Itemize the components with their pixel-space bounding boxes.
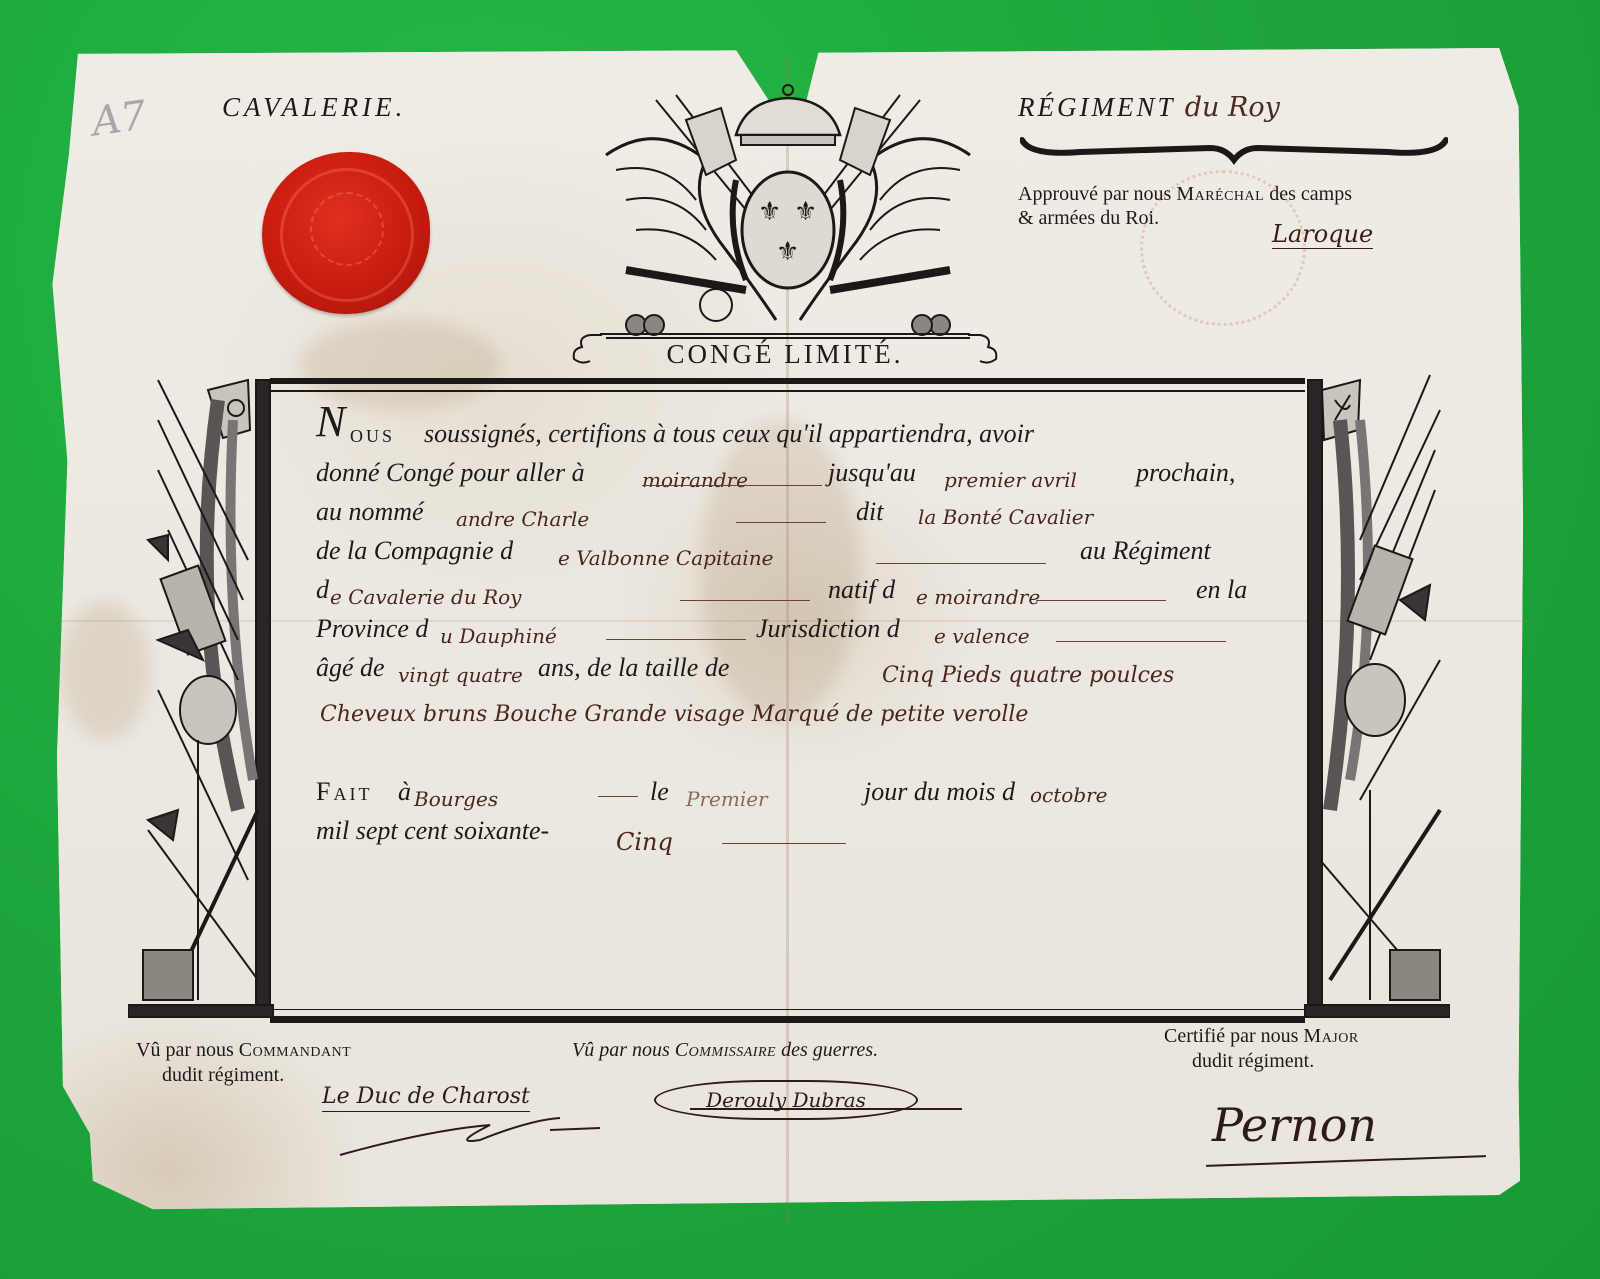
body-line6-print2: Jurisdiction d — [756, 609, 900, 648]
body-line-10: mil sept cent soixante- Cinq — [316, 811, 1266, 850]
regiment-heading-handwritten: du Roy — [1185, 92, 1280, 123]
approval-prefix: Approuvé par nous — [1018, 183, 1171, 205]
body-line-4: de la Compagnie d e Valbonne Capitaine a… — [316, 531, 1266, 570]
signature-commandant: Le Duc de Charost — [322, 1084, 530, 1112]
footer-major: Certifié par nous Major dudit régiment. — [1164, 1024, 1359, 1074]
commandant-title: Commandant — [239, 1039, 351, 1061]
scroll-ornament-right — [966, 333, 1002, 367]
body-line10-print: mil sept cent soixante- — [316, 811, 549, 850]
major-prefix: Certifié par nous — [1164, 1025, 1298, 1047]
military-trophy-right-icon — [1300, 360, 1450, 1020]
wax-seal-icon — [262, 152, 430, 314]
handwritten-month: octobre — [1030, 776, 1108, 815]
signature-major: Pernon — [1212, 1098, 1377, 1152]
body-line1-text: soussignés, certifions à tous ceux qu'il… — [424, 414, 1034, 453]
major-title: Major — [1303, 1025, 1358, 1047]
body-line-3: au nommé andre Charle dit la Bonté Caval… — [316, 492, 1266, 531]
pencil-archival-note: A7 — [89, 92, 149, 145]
body-spacer — [316, 726, 1266, 772]
body-line9-le: le — [650, 772, 669, 811]
body-line3-print2: dit — [856, 492, 883, 531]
body-line7-print2: ans, de la taille de — [538, 648, 729, 687]
body-line-6: Province d u Dauphiné Jurisdiction d e v… — [316, 609, 1266, 648]
fait-label: Fait — [316, 772, 372, 811]
commissaire-suffix: des guerres. — [781, 1039, 878, 1061]
regiment-heading-print: RÉGIMENT — [1018, 92, 1175, 122]
drop-initial: N — [316, 397, 345, 446]
curly-brace-ornament — [1020, 136, 1448, 166]
svg-text:⚜: ⚜ — [776, 237, 799, 267]
body-line-1: N ous soussignés, certifions à tous ceux… — [316, 414, 1266, 453]
major-suffix: dudit régiment. — [1164, 1049, 1359, 1074]
body-line1-smallcaps: ous — [350, 414, 395, 453]
title-banner: CONGÉ LIMITÉ. — [600, 333, 970, 373]
body-line2-print3: prochain, — [1136, 453, 1235, 492]
body-line2-print2: jusqu'au — [828, 453, 916, 492]
footer-commissaire: Vû par nous Commissaire des guerres. — [572, 1038, 878, 1063]
body-line5-print3: en la — [1196, 570, 1247, 609]
body-line4-print: de la Compagnie d — [316, 531, 513, 570]
svg-text:⚜: ⚜ — [758, 197, 781, 227]
cavalerie-heading: CAVALERIE. — [222, 92, 406, 123]
royal-crest-icon: ⚜⚜⚜ — [596, 80, 980, 340]
military-trophy-left-icon — [128, 360, 278, 1020]
scroll-ornament-left — [568, 333, 604, 367]
body-line7-print: âgé de — [316, 648, 385, 687]
commandant-prefix: Vû par nous — [136, 1039, 234, 1061]
regiment-heading: RÉGIMENT du Roy — [1018, 92, 1280, 123]
body-line9-a: à — [398, 772, 411, 811]
approval-title: Maréchal — [1176, 183, 1264, 205]
body-line9-print3: jour du mois d — [864, 772, 1015, 811]
signature-commissaire: Derouly Dubras — [654, 1080, 918, 1120]
body-line-5: d e Cavalerie du Roy natif d e moirandre… — [316, 570, 1266, 609]
commissaire-prefix: Vû par nous — [572, 1039, 670, 1061]
body-line2-print: donné Congé pour aller à — [316, 453, 585, 492]
commissaire-title: Commissaire — [675, 1039, 776, 1061]
handwritten-year: Cinq — [616, 823, 673, 862]
body-line6-print: Province d — [316, 609, 428, 648]
body-line4-print2: au Régiment — [1080, 531, 1211, 570]
body-line-9: Fait à Bourges le Premier jour du mois d… — [316, 772, 1266, 811]
approval-suffix: des camps — [1269, 183, 1352, 205]
title-conge-limite: CONGÉ LIMITÉ. — [667, 339, 904, 369]
svg-text:⚜: ⚜ — [794, 197, 817, 227]
signature-underline — [690, 1108, 962, 1110]
certificate-body: N ous soussignés, certifions à tous ceux… — [316, 414, 1266, 850]
body-line-7: âgé de vingt quatre ans, de la taille de… — [316, 648, 1266, 687]
body-line3-print: au nommé — [316, 492, 424, 531]
body-line5-print2: natif d — [828, 570, 895, 609]
body-line-2: donné Congé pour aller à moirandre jusqu… — [316, 453, 1266, 492]
body-line-8: Cheveux bruns Bouche Grande visage Marqu… — [316, 687, 1266, 726]
footer-commandant: Vû par nous Commandant dudit régiment. — [136, 1038, 351, 1088]
signature-laroque: Laroque — [1272, 220, 1373, 249]
body-line5-print: d — [316, 570, 329, 609]
commandant-suffix: dudit régiment. — [136, 1063, 351, 1088]
signature-flourish — [330, 1110, 610, 1160]
